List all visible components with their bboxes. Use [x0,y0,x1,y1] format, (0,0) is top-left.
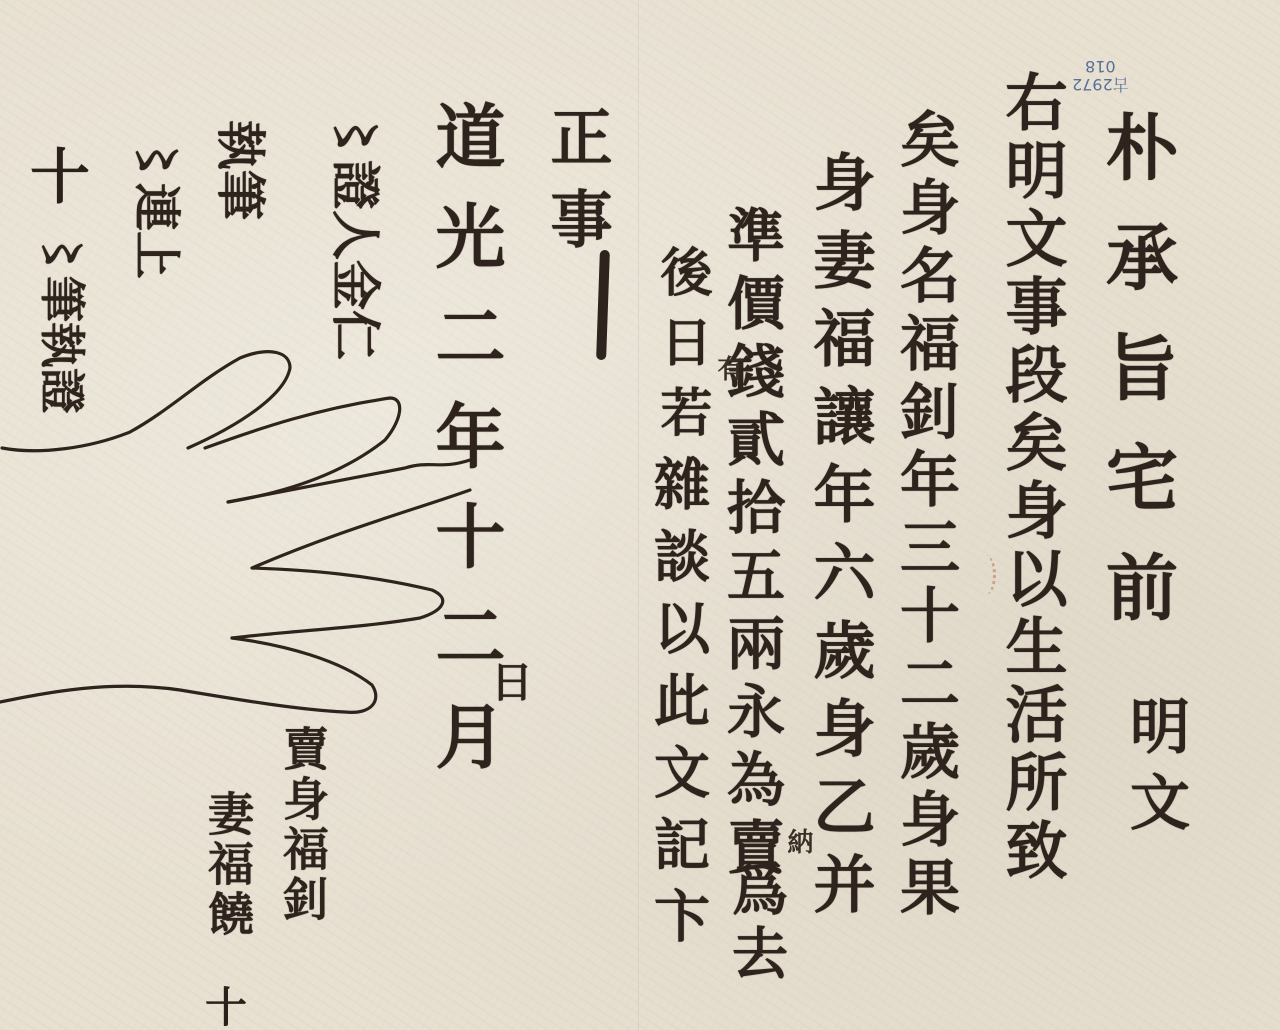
hand-tracing-outline [0,340,480,720]
wife-signature: 妻福饒 [205,790,251,940]
cross-mark-left: 十 [30,130,90,216]
column-4-text: 身妻福讓年六歲身乙并 [808,150,870,930]
cross-mark-bottom: 十 [205,975,247,1030]
column-5-annotation: 納 [785,828,811,854]
archive-stamp: 古2972 018 [1072,58,1129,93]
archive-stamp-line2: 018 [1072,58,1129,76]
witness-column-c: 〻連上 [132,135,180,279]
document-paper: 古2972 018 朴承旨宅前 明文 右明文事段矣身以生活所致 矣身名福釗年三十… [0,0,1280,1030]
column-1-suffix: 明文 [1125,695,1185,847]
center-fold [638,0,640,1030]
seller-signature: 賣身福釗 [280,725,326,925]
archive-stamp-line1: 古2972 [1072,76,1129,94]
column-3-text: 矣身名福釗年三十二歲身果 [895,108,955,924]
faded-seal-mark [975,555,996,595]
column-6-tail: 雜談以此文記卞 [650,455,706,959]
column-5-tail: 爲去 [728,860,784,988]
date-day: 日 [488,660,530,702]
witness-column-b: 執筆 [215,120,265,220]
column-2-text: 右明文事段矣身以生活所致 [1000,70,1062,886]
column-5-text: 準價錢貳拾五兩永為賣 [722,205,780,885]
column-6-annotation: 有 [715,355,741,381]
column-6-text: 後日若 [655,245,707,455]
closing-text: 正事 [545,105,607,269]
column-1-heading: 朴承旨宅前 [1100,110,1172,660]
witness-column-a: 〻證人金仁 [330,110,380,360]
